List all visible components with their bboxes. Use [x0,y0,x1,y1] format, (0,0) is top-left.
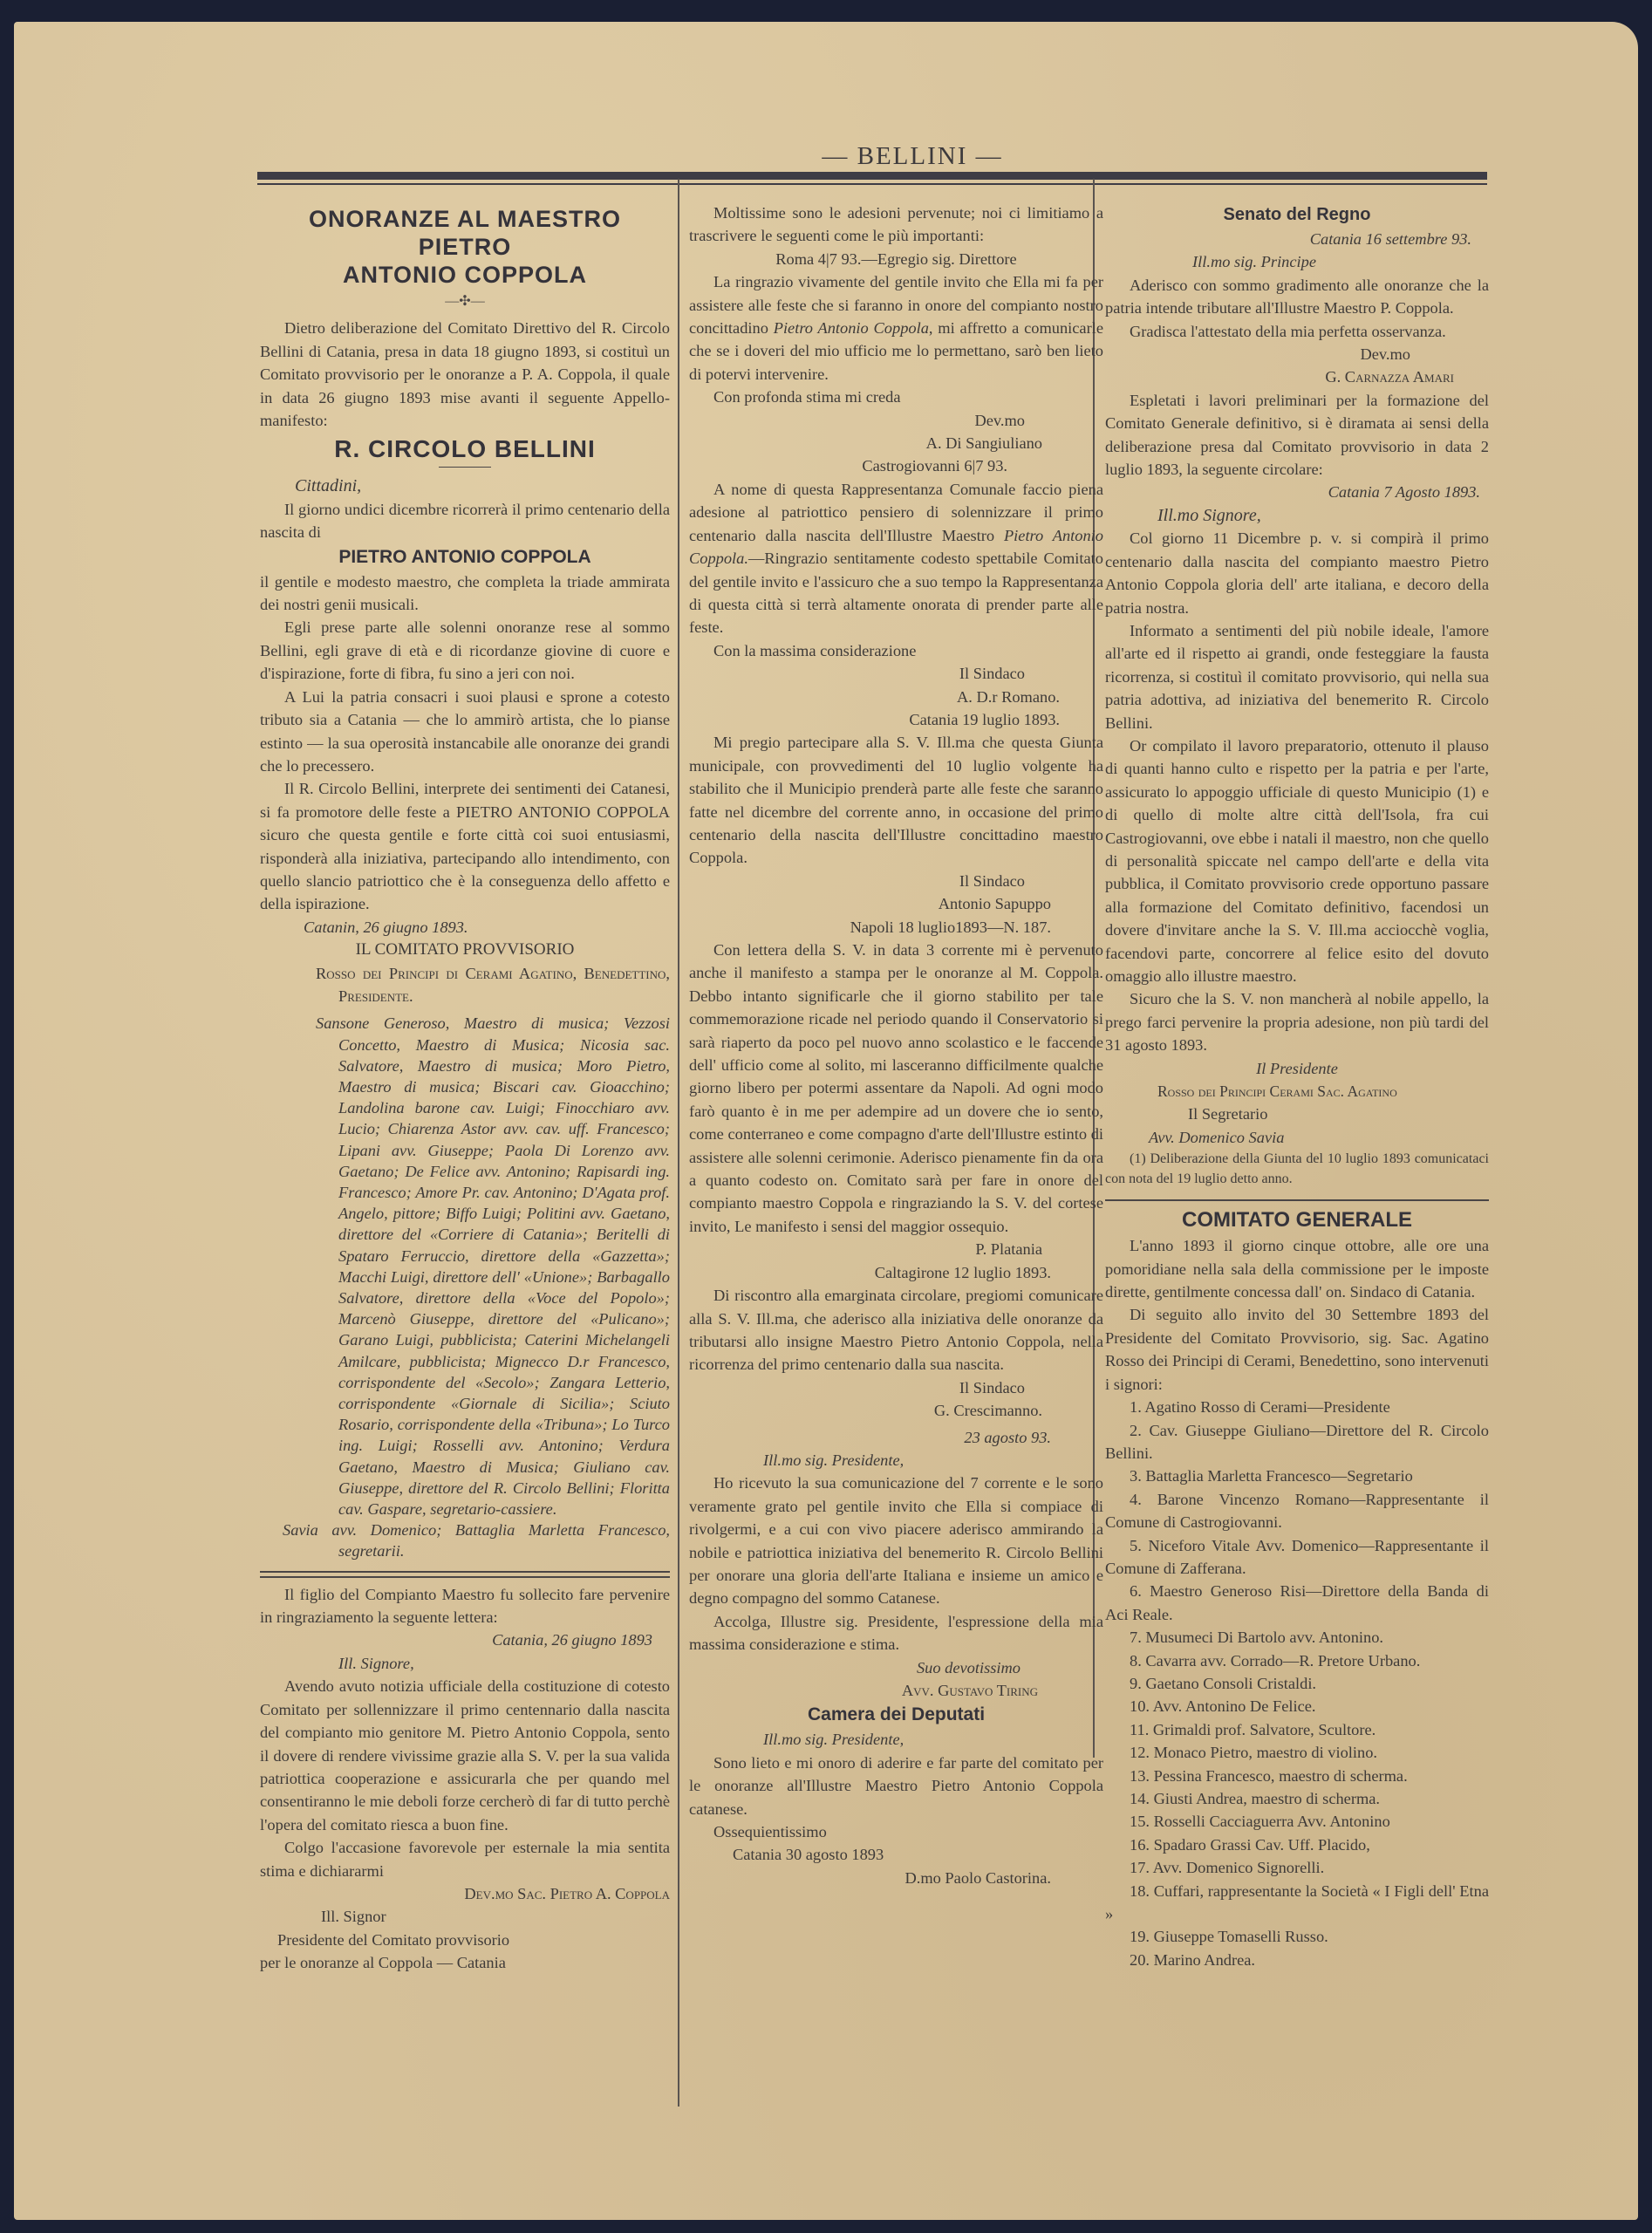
title-line: ONORANZE AL MAESTRO PIETRO [260,205,670,261]
list-item: 1. Agatino Rosso di Cerami—Presidente [1105,1396,1489,1418]
camera-heading: Camera dei Deputati [689,1702,1103,1728]
letter-date: Catania 16 settembre 93. [1105,228,1489,250]
ornament-icon: —✣— [260,290,670,313]
committee-members: Sansone Generoso, Maestro di musica; Vez… [260,1013,670,1519]
list-item: 3. Battaglia Marletta Francesco—Segretar… [1105,1465,1489,1487]
footnote: (1) Deliberazione della Giunta del 10 lu… [1105,1149,1489,1189]
list-item: 17. Avv. Domenico Signorelli. [1105,1856,1489,1879]
paragraph: Di seguito allo invito del 30 Settembre … [1105,1303,1489,1396]
list-item: 6. Maestro Generoso Risi—Direttore della… [1105,1580,1489,1626]
letter-close: Con profonda stima mi creda [689,386,1103,408]
signature: D.mo Paolo Castorina. [689,1867,1103,1889]
list-item: 16. Spadaro Grassi Cav. Uff. Placido, [1105,1834,1489,1856]
signature: A. D.r Romano. [689,686,1103,708]
list-item: 7. Musumeci Di Bartolo avv. Antonino. [1105,1626,1489,1649]
name-heading: PIETRO ANTONIO COPPOLA [260,544,670,570]
list-item: 19. Giuseppe Tomaselli Russo. [1105,1925,1489,1948]
circolo-heading: R. CIRCOLO BELLINI [260,435,670,463]
letter-signature: Dev.mo Sac. Pietro A. Coppola [260,1882,670,1905]
letter-body: Colgo l'accasione favorevole per esterna… [260,1836,670,1882]
column-left: ONORANZE AL MAESTRO PIETRO ANTONIO COPPO… [260,196,670,1975]
masthead: — BELLINI — [782,142,1043,171]
paragraph: Il figlio del Compianto Maestro fu solle… [260,1583,670,1629]
title-line: ANTONIO COPPOLA [260,261,670,289]
circular-body: Or compilato il lavoro preparatorio, ott… [1105,734,1489,987]
address-line: Presidente del Comitato provvisorio [277,1929,670,1951]
signature: Il Sindaco [689,870,1103,892]
letter-body: Ho ricevuto la sua comunicazione del 7 c… [689,1472,1103,1609]
signature: Suo devotissimo [689,1656,1103,1679]
salutation: Cittadini, [295,475,670,497]
letter-close: Accolga, Illustre sig. Presidente, l'esp… [689,1610,1103,1656]
letter-close: Ossequientissimo [689,1820,1103,1843]
letter-heading: Castrogiovanni 6|7 93. [689,454,1103,477]
signature: Il Sindaco [689,662,1103,685]
circular-body: Sicuro che la S. V. non mancherà al nobi… [1105,987,1489,1056]
article-title: ONORANZE AL MAESTRO PIETRO ANTONIO COPPO… [260,205,670,289]
senato-heading: Senato del Regno [1105,201,1489,228]
letter-salutation: Ill.mo sig. Presidente, [763,1728,1103,1751]
signature: G. Carnazza Amari [1105,365,1489,388]
paragraph: A Lui la patria consacri i suoi plausi e… [260,686,670,778]
committee-heading: IL COMITATO PROVVISORIO [260,939,670,961]
signature: A. Di Sangiuliano [689,432,1103,454]
address-line: per le onoranze al Coppola — Catania [260,1951,670,1974]
list-item: 4. Barone Vincenzo Romano—Rappresentante… [1105,1488,1489,1534]
list-item: 13. Pessina Francesco, maestro di scherm… [1105,1765,1489,1787]
list-item: 12. Monaco Pietro, maestro di violino. [1105,1741,1489,1764]
paragraph: il gentile e modesto maestro, che comple… [260,570,670,617]
signature: P. Platania [689,1238,1103,1260]
signature: G. Crescimanno. [689,1399,1103,1422]
divider [439,467,491,468]
letter-date: 23 agosto 93. [689,1426,1103,1449]
paragraph: Egli prese parte alle solenni onoranze r… [260,616,670,685]
list-item: 11. Grimaldi prof. Salvatore, Scultore. [1105,1718,1489,1741]
dateline: Catanin, 26 giugno 1893. [304,916,670,939]
paragraph: Il R. Circolo Bellini, interprete dei se… [260,777,670,915]
signature: Antonio Sapuppo [689,892,1103,915]
header-rule-thick [257,172,1487,180]
letter-body: Con lettera della S. V. in data 3 corren… [689,939,1103,1238]
text: —Ringrazio sentitamente codesto spettabi… [689,550,1103,636]
member-list: 1. Agatino Rosso di Cerami—Presidente 2.… [1105,1396,1489,1971]
letter-salutation: Ill.mo sig. Presidente, [763,1449,1103,1472]
text: Pietro Antonio Coppola [774,319,929,337]
list-item: 14. Giusti Andrea, maestro di scherma. [1105,1787,1489,1810]
column-divider [678,179,679,2107]
paragraph: Moltissime sono le adesioni pervenute; n… [689,201,1103,248]
list-item: 5. Niceforo Vitale Avv. Domenico—Rappres… [1105,1534,1489,1581]
letter-body: La ringrazio vivamente del gentile invit… [689,270,1103,386]
letter-body: Mi pregio partecipare alla S. V. Ill.ma … [689,731,1103,869]
letter-heading: Caltagirone 12 luglio 1893. [689,1261,1103,1284]
letter-body: Aderisco con sommo gradimento alle onora… [1105,274,1489,320]
circular-body: Informato a sentimenti del più nobile id… [1105,619,1489,734]
letter-body: Sono lieto e mi onoro di aderire e far p… [689,1752,1103,1820]
letter-body: Di riscontro alla emarginata circolare, … [689,1284,1103,1376]
signature: Il Sindaco [689,1376,1103,1399]
address-line: Ill. Signor [321,1905,670,1928]
column-middle: Moltissime sono le adesioni pervenute; n… [689,196,1103,1889]
circular-date: Catania 7 Agosto 1893. [1105,481,1489,503]
column-right: Senato del Regno Catania 16 settembre 93… [1105,196,1489,1971]
signature: Dev.mo [1105,343,1489,365]
list-item: 20. Marino Andrea. [1105,1949,1489,1971]
header-rule-thin [257,183,1487,185]
letter-close: Con la massima considerazione [689,639,1103,662]
list-item: 18. Cuffari, rappresentante la Società «… [1105,1880,1489,1926]
intro-paragraph: Dietro deliberazione del Comitato Dirett… [260,317,670,432]
list-item: 8. Cavarra avv. Corrado—R. Pretore Urban… [1105,1649,1489,1672]
letter-body: A nome di questa Rappresentanza Comunale… [689,478,1103,639]
section-divider [1105,1199,1489,1201]
signature: Il Segretario [1188,1103,1489,1125]
section-divider [260,1571,670,1578]
paragraph: L'anno 1893 il giorno cinque ottobre, al… [1105,1234,1489,1303]
committee-secretaries: Savia avv. Domenico; Battaglia Marletta … [260,1519,670,1561]
letter-close: Gradisca l'attestato della mia perfetta … [1105,320,1489,343]
list-item: 9. Gaetano Consoli Cristaldi. [1105,1672,1489,1695]
signature: Avv. Domenico Savia [1149,1126,1489,1149]
letter-heading: Roma 4|7 93.—Egregio sig. Direttore [689,248,1103,270]
letter-date: Catania, 26 giugno 1893 [260,1629,670,1651]
letter-heading: Napoli 18 luglio1893—N. 187. [689,916,1103,939]
list-item: 10. Avv. Antonino De Felice. [1105,1695,1489,1717]
letter-body: Avendo avuto notizia ufficiale della cos… [260,1675,670,1836]
signature: Il Presidente [1105,1057,1489,1080]
signature: Avv. Gustavo Tiring [689,1679,1103,1702]
letter-date: Catania 30 agosto 1893 [733,1843,1103,1866]
list-item: 15. Rosselli Cacciaguerra Avv. Antonino [1105,1810,1489,1833]
signature: Dev.mo [689,409,1103,432]
letter-heading: Catania 19 luglio 1893. [689,708,1103,731]
letter-salutation: Ill.mo sig. Principe [1192,250,1489,273]
generale-heading: COMITATO GENERALE [1105,1206,1489,1234]
paragraph: Espletati i lavori preliminari per la fo… [1105,389,1489,481]
circular-salutation: Ill.mo Signore, [1157,504,1489,527]
signature: Rosso dei Principi Cerami Sac. Agatino [1157,1080,1489,1103]
committee-president: Rosso dei Principi di Cerami Agatino, Be… [260,962,670,1008]
list-item: 2. Cav. Giuseppe Giuliano—Direttore del … [1105,1419,1489,1465]
circular-body: Col giorno 11 Dicembre p. v. si compirà … [1105,527,1489,619]
paragraph: Il giorno undici dicembre ricorrerà il p… [260,498,670,544]
letter-salutation: Ill. Signore, [338,1652,670,1675]
